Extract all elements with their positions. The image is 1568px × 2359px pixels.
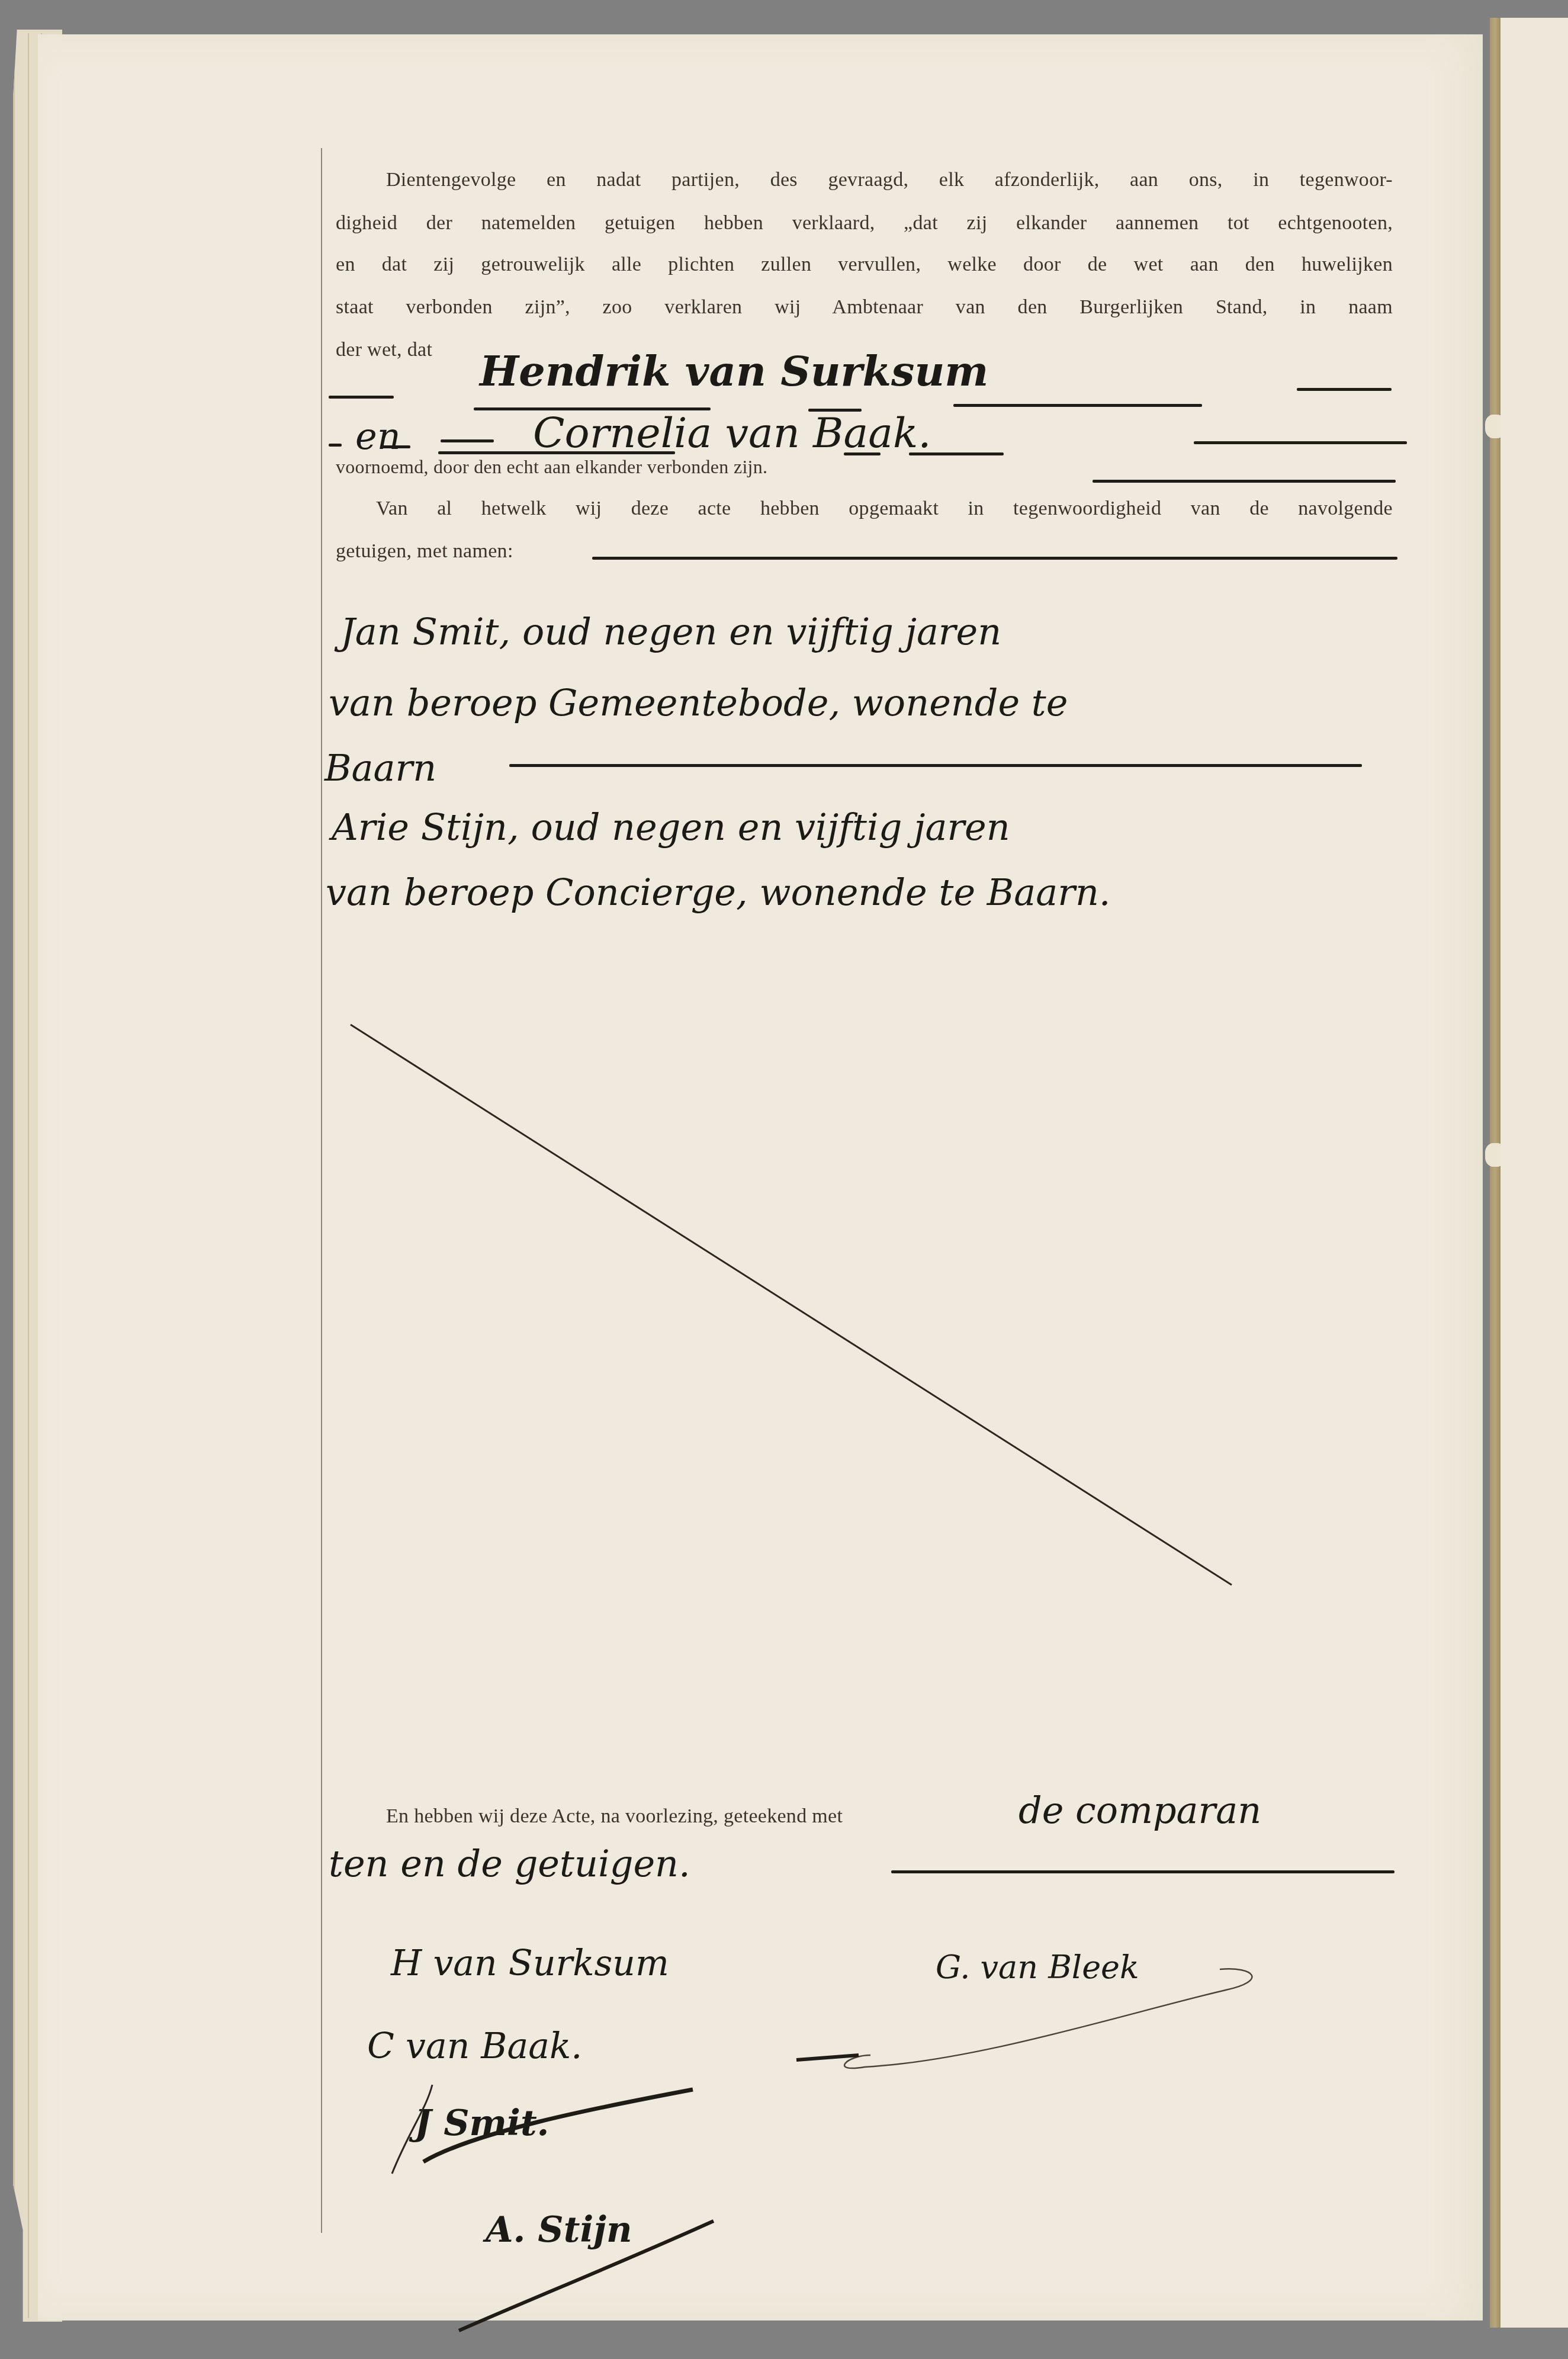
printed-line: voornoemd, door den echt aan elkander ve… <box>336 456 767 478</box>
signature-witness1: J Smit. <box>415 2103 550 2144</box>
book-gutter <box>1490 18 1500 2328</box>
printed-line: En hebben wij deze Acte, na voorlezing, … <box>386 1805 843 1828</box>
witness1-line: Jan Smit, oud negen en vijftig jaren <box>340 610 1001 653</box>
witness2-line: van beroep Concierge, wonende te Baarn. <box>326 871 1111 914</box>
printed-line: getuigen, met namen: <box>336 540 513 563</box>
margin-rule <box>321 148 322 2233</box>
fill-rule <box>891 1870 1395 1873</box>
scanned-register-book: Dientengevolge en nadat partijen, des ge… <box>0 0 1568 2359</box>
signature-registrar: G. van Bleek <box>936 1949 1139 1986</box>
signed-with-text: ten en de getuigen. <box>329 1842 690 1885</box>
printed-line: en dat zij getrouwelijk alle plichten zu… <box>336 253 1393 276</box>
fill-rule <box>438 451 675 454</box>
witness1-line: van beroep Gemeentebode, wonende te <box>329 681 1068 724</box>
signed-with-text: de comparan <box>1018 1789 1261 1832</box>
facing-page-edge <box>1500 18 1568 2328</box>
signature-bride: C van Baak. <box>367 2026 582 2067</box>
fill-rule <box>441 439 494 442</box>
fill-rule <box>1297 388 1392 391</box>
fill-rule <box>329 396 394 399</box>
fill-rule <box>329 444 342 447</box>
fill-rule <box>1194 441 1407 444</box>
fill-rule <box>953 404 1202 407</box>
fill-rule <box>509 764 1362 767</box>
signature-groom: H van Surksum <box>391 1943 669 1984</box>
printed-line: staat verbonden zijn”, zoo verklaren wij… <box>336 296 1393 319</box>
fill-rule <box>592 557 1397 560</box>
signature-witness2: A. Stijn <box>486 2209 632 2251</box>
fill-rule <box>844 452 881 455</box>
witness1-line: Baarn <box>324 746 436 789</box>
bride-name: Cornelia van Baak. <box>533 409 931 457</box>
witness2-line: Arie Stijn, oud negen en vijftig jaren <box>332 805 1010 849</box>
printed-line: Van al hetwelk wij deze acte hebben opge… <box>376 498 1393 520</box>
printed-line: digheid der natemelden getuigen hebben v… <box>336 212 1393 235</box>
printed-line: Dientengevolge en nadat partijen, des ge… <box>386 169 1393 191</box>
connector-en: en <box>355 415 401 458</box>
printed-line: der wet, dat <box>336 339 432 361</box>
fill-rule <box>909 452 1004 455</box>
groom-name: Hendrik van Surksum <box>480 346 988 396</box>
fill-rule <box>1093 480 1396 483</box>
fill-rule <box>382 445 410 448</box>
